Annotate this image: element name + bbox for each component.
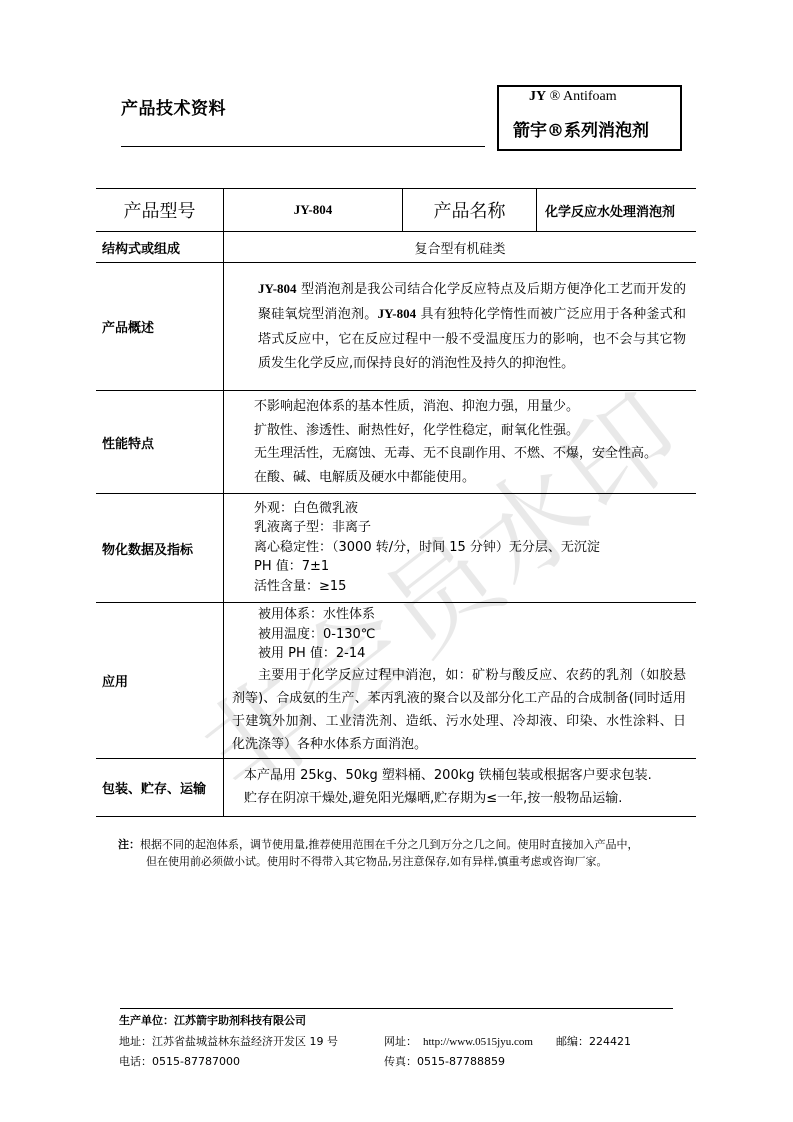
- packaging-list: 本产品用 25kg、50kg 塑料桶、200kg 铁桶包装或根据客户要求包装. …: [224, 758, 697, 816]
- overview-label: 产品概述: [96, 263, 224, 391]
- footer-phone: 电话：0515-87787000: [119, 1053, 240, 1069]
- application-item: 被用 PH 值：2-14: [224, 644, 686, 664]
- property-item: PH 值：7±1: [254, 557, 686, 577]
- composition-value: 复合型有机硅类: [224, 232, 697, 263]
- document-title: 产品技术资料: [121, 94, 226, 119]
- footer-zip: 邮编：224421: [556, 1033, 631, 1049]
- packaging-item: 本产品用 25kg、50kg 塑料桶、200kg 铁桶包装或根据客户要求包装.: [244, 764, 686, 788]
- application-item: 被用温度：0-130℃: [224, 625, 686, 645]
- properties-label: 物化数据及指标: [96, 494, 224, 603]
- application-list: 被用体系：水性体系 被用温度：0-130℃ 被用 PH 值：2-14 主要用于化…: [224, 603, 697, 759]
- application-label: 应用: [96, 603, 224, 759]
- packaging-label: 包装、贮存、运输: [96, 758, 224, 816]
- overview-row: 产品概述 JY-804 型消泡剂是我公司结合化学反应特点及后期方便净化工艺而开发…: [96, 263, 696, 391]
- name-value: 化学反应水处理消泡剂: [537, 189, 697, 232]
- packaging-item: 贮存在阴凉干燥处,避免阳光爆晒,贮存期为≤一年,按一般物品运输.: [244, 787, 686, 811]
- property-item: 离心稳定性：（3000 转/分，时间 15 分钟）无分层、无沉淀: [254, 538, 686, 558]
- website-label: 网址：: [384, 1035, 417, 1048]
- footer-divider: [120, 1008, 673, 1009]
- model-label: 产品型号: [96, 189, 224, 232]
- note-line-1: 根据不同的起泡体系，调节使用量,推荐使用范围在千分之几到万分之几之间。使用时直接…: [140, 838, 639, 851]
- properties-row: 物化数据及指标 外观：白色微乳液 乳液离子型：非离子 离心稳定性：（3000 转…: [96, 494, 696, 603]
- usage-note: 注：根据不同的起泡体系，调节使用量,推荐使用范围在千分之几到万分之几之间。使用时…: [118, 836, 698, 870]
- property-item: 活性含量：≥15: [254, 577, 686, 597]
- website-link[interactable]: http://www.0515jyu.com: [423, 1036, 533, 1048]
- application-row: 应用 被用体系：水性体系 被用温度：0-130℃ 被用 PH 值：2-14 主要…: [96, 603, 696, 759]
- footer-company: 生产单位：江苏箭宇助剂科技有限公司: [119, 1012, 306, 1028]
- brand-suffix: ® Antifoam: [550, 89, 617, 104]
- spec-table: 产品型号 JY-804 产品名称 化学反应水处理消泡剂 结构式或组成 复合型有机…: [96, 188, 696, 817]
- footer-address: 地址：江苏省盐城益林东益经济开发区 19 号: [119, 1033, 338, 1049]
- model-ref: JY-804: [258, 281, 297, 296]
- model-ref: JY-804: [378, 306, 417, 321]
- title-divider: [121, 146, 485, 147]
- features-list: 不影响起泡体系的基本性质，消泡、抑泡力强，用量少。 扩散性、渗透性、耐热性好，化…: [224, 391, 697, 494]
- overview-text: JY-804 型消泡剂是我公司结合化学反应特点及后期方便净化工艺而开发的聚硅氧烷…: [224, 263, 697, 391]
- feature-item: 不影响起泡体系的基本性质，消泡、抑泡力强，用量少。: [254, 395, 686, 419]
- note-prefix: 注：: [118, 838, 140, 851]
- footer-fax: 传真：0515-87788859: [384, 1053, 505, 1069]
- note-line-2: 但在使用前必须做小试。使用时不得带入其它物品,另注意保存,如有异样,慎重考虑或咨…: [118, 853, 698, 870]
- footer-website: 网址：http://www.0515jyu.com: [384, 1033, 533, 1049]
- properties-list: 外观：白色微乳液 乳液离子型：非离子 离心稳定性：（3000 转/分，时间 15…: [224, 494, 697, 603]
- feature-item: 无生理活性，无腐蚀、无毒、无不良副作用、不燃、不爆，安全性高。: [254, 442, 686, 466]
- brand-prefix: JY: [529, 89, 546, 104]
- composition-row: 结构式或组成 复合型有机硅类: [96, 232, 696, 263]
- feature-item: 扩散性、渗透性、耐热性好，化学性稳定，耐氧化性强。: [254, 419, 686, 443]
- property-item: 外观：白色微乳液: [254, 499, 686, 519]
- name-label: 产品名称: [403, 189, 537, 232]
- product-header-row: 产品型号 JY-804 产品名称 化学反应水处理消泡剂: [96, 189, 696, 232]
- property-item: 乳液离子型：非离子: [254, 518, 686, 538]
- brand-chinese: 箭宇®系列消泡剂: [513, 116, 649, 141]
- features-label: 性能特点: [96, 391, 224, 494]
- composition-label: 结构式或组成: [96, 232, 224, 263]
- packaging-row: 包装、贮存、运输 本产品用 25kg、50kg 塑料桶、200kg 铁桶包装或根…: [96, 758, 696, 816]
- brand-box: JY ® Antifoam 箭宇®系列消泡剂: [497, 85, 682, 151]
- feature-item: 在酸、碱、电解质及硬水中都能使用。: [254, 466, 686, 490]
- application-paragraph: 主要用于化学反应过程中消泡，如：矿粉与酸反应、农药的乳剂（如胶悬剂等)、合成氨的…: [224, 664, 686, 756]
- brand-english: JY ® Antifoam: [529, 89, 617, 105]
- application-item: 被用体系：水性体系: [224, 605, 686, 625]
- features-row: 性能特点 不影响起泡体系的基本性质，消泡、抑泡力强，用量少。 扩散性、渗透性、耐…: [96, 391, 696, 494]
- model-value: JY-804: [224, 189, 403, 232]
